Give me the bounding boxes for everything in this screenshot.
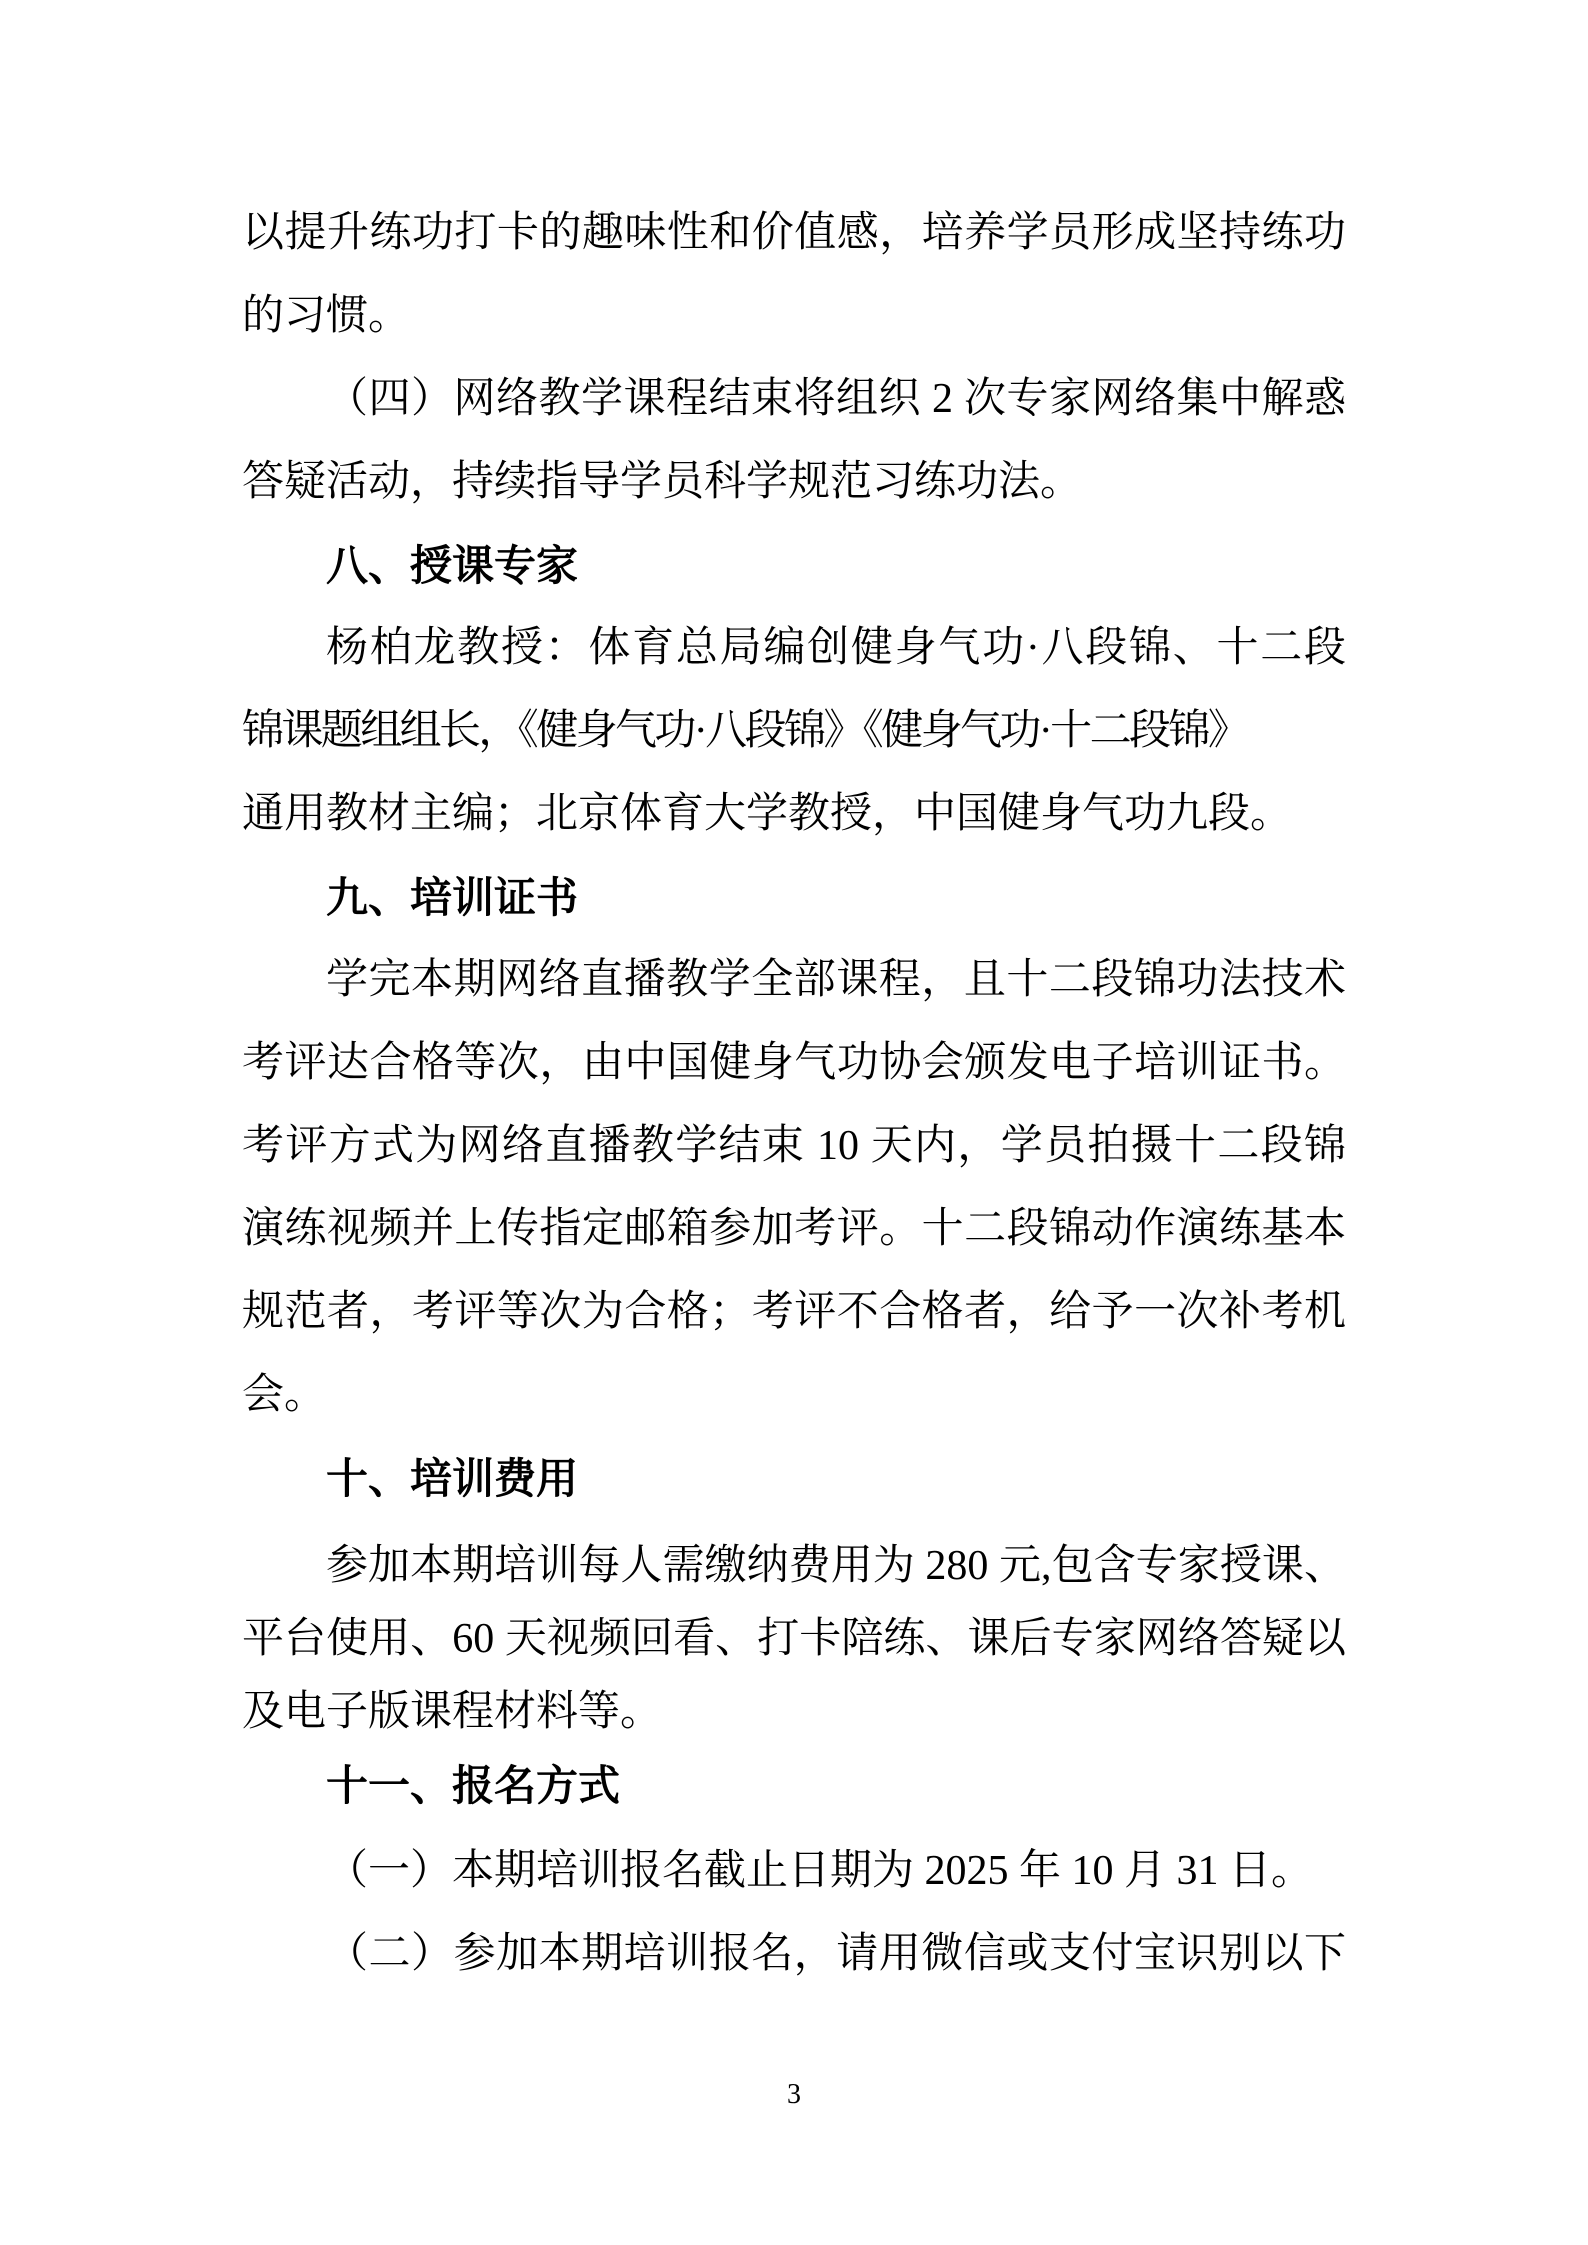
paragraph-item-four: （四）网络教学课程结束将组织 2 次专家网络集中解惑 答疑活动，持续指导学员科学… xyxy=(242,358,1346,524)
body-line: 及电子版课程材料等。 xyxy=(242,1676,1346,1749)
body-line: 学完本期网络直播教学全部课程，且十二段锦功法技术 xyxy=(242,939,1346,1022)
document-body: 以提升练功打卡的趣味性和价值感，培养学员形成坚持练功 的习惯。 （四）网络教学课… xyxy=(242,192,1346,1996)
body-line: 答疑活动，持续指导学员科学规范习练功法。 xyxy=(242,441,1346,524)
body-line: 规范者，考评等次为合格；考评不合格者，给予一次补考机 xyxy=(242,1271,1346,1354)
document-page: 以提升练功打卡的趣味性和价值感，培养学员形成坚持练功 的习惯。 （四）网络教学课… xyxy=(0,0,1588,2245)
heading-section-10-fee: 十、培训费用 xyxy=(242,1437,1346,1520)
paragraph-habit-continuation: 以提升练功打卡的趣味性和价值感，培养学员形成坚持练功 的习惯。 xyxy=(242,192,1346,358)
paragraph-signup-method: （二）参加本期培训报名，请用微信或支付宝识别以下 xyxy=(242,1913,1346,1996)
body-line: 的习惯。 xyxy=(242,275,1346,358)
body-line: （四）网络教学课程结束将组织 2 次专家网络集中解惑 xyxy=(242,358,1346,441)
paragraph-instructor-bio: 杨柏龙教授：体育总局编创健身气功·八段锦、十二段 锦课题组组长，《健身气功·八段… xyxy=(242,607,1346,856)
body-line: 通用教材主编；北京体育大学教授，中国健身气功九段。 xyxy=(242,773,1346,856)
body-line: 以提升练功打卡的趣味性和价值感，培养学员形成坚持练功 xyxy=(242,192,1346,275)
body-line: 锦课题组组长，《健身气功·八段锦》《健身气功·十二段锦》 xyxy=(242,690,1346,773)
body-line: （二）参加本期培训报名，请用微信或支付宝识别以下 xyxy=(242,1913,1346,1996)
heading-section-11-registration: 十一、报名方式 xyxy=(242,1749,1346,1822)
body-line: 会。 xyxy=(242,1354,1346,1437)
page-number: 3 xyxy=(0,2080,1588,2110)
body-line: 参加本期培训每人需缴纳费用为 280 元,包含专家授课、 xyxy=(242,1530,1346,1603)
body-line: （一）本期培训报名截止日期为 2025 年 10 月 31 日。 xyxy=(242,1830,1346,1913)
paragraph-fee-details: 参加本期培训每人需缴纳费用为 280 元,包含专家授课、 平台使用、60 天视频… xyxy=(242,1530,1346,1749)
body-line: 杨柏龙教授：体育总局编创健身气功·八段锦、十二段 xyxy=(242,607,1346,690)
body-line: 平台使用、60 天视频回看、打卡陪练、课后专家网络答疑以 xyxy=(242,1603,1346,1676)
paragraph-certificate-assessment: 学完本期网络直播教学全部课程，且十二段锦功法技术 考评达合格等次，由中国健身气功… xyxy=(242,939,1346,1437)
body-line: 考评达合格等次，由中国健身气功协会颁发电子培训证书。 xyxy=(242,1022,1346,1105)
heading-section-8-instructors: 八、授课专家 xyxy=(242,524,1346,607)
paragraph-deadline: （一）本期培训报名截止日期为 2025 年 10 月 31 日。 xyxy=(242,1830,1346,1913)
body-line: 演练视频并上传指定邮箱参加考评。十二段锦动作演练基本 xyxy=(242,1188,1346,1271)
body-line: 考评方式为网络直播教学结束 10 天内，学员拍摄十二段锦 xyxy=(242,1105,1346,1188)
heading-section-9-certificate: 九、培训证书 xyxy=(242,856,1346,939)
